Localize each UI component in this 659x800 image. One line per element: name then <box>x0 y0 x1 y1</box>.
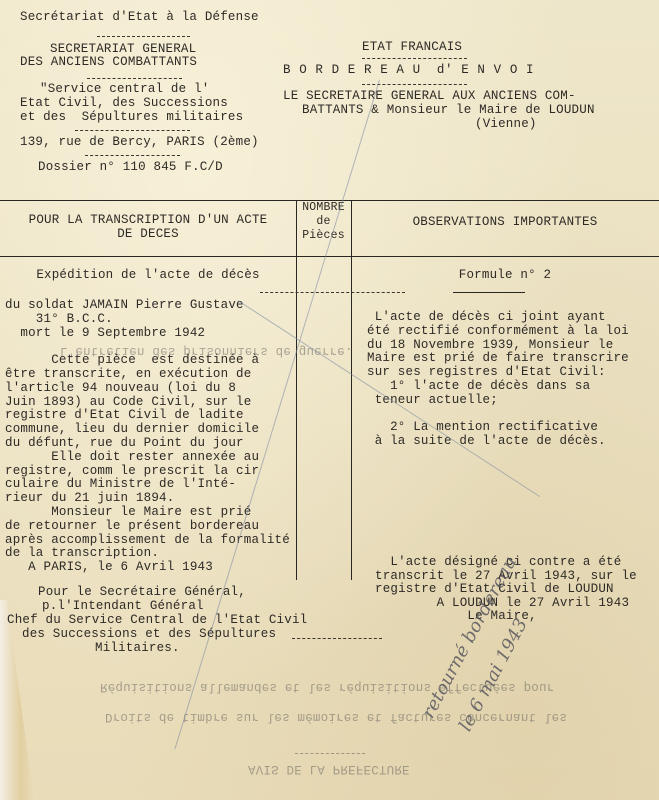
separator <box>362 58 467 59</box>
dossier-number: Dossier n° 110 845 F.C/D <box>38 160 223 174</box>
column-divider-1 <box>296 200 297 580</box>
separator <box>87 78 182 79</box>
separator <box>85 155 180 156</box>
observation-text-line: 1° l'acte de décès dans sa <box>367 379 590 393</box>
table-header-border <box>0 256 659 257</box>
document-title: B O R D E R E A U d' E N V O I <box>283 63 534 77</box>
transcription-text-line: être transcrite, en exécution de <box>5 367 251 381</box>
observation-text-line: à la suite de l'acte de décès. <box>367 434 606 448</box>
transcription-text-line: commune, lieu du dernier domicile <box>5 422 259 436</box>
transcription-text-line: après accomplissement de la formalité <box>5 533 290 547</box>
service-line3: et des Sépultures militaires <box>20 110 243 124</box>
transcription-text-line: Cette pièce est destinée à <box>5 353 259 367</box>
col2-header-line2: de <box>296 215 351 229</box>
bleed-through-line: Droits de timbre sur les mémoires et fac… <box>105 710 567 724</box>
signature-line3: Chef du Service Central de l'Etat Civil <box>7 613 307 627</box>
transcription-text-line: culaire du Ministre de l'Inté- <box>5 477 236 491</box>
service-line2: Etat Civil, des Successions <box>20 96 228 110</box>
separator <box>97 36 190 37</box>
col3-subheader: Formule n° 2 <box>351 268 659 282</box>
separator <box>295 753 365 754</box>
transcription-text-line: l'article 94 nouveau (loi du 8 <box>5 381 236 395</box>
address: 139, rue de Bercy, PARIS (2ème) <box>20 135 259 149</box>
separator <box>75 130 190 131</box>
signature-line2: p.l'Intendant Général <box>42 599 204 613</box>
transcription-text-line: du soldat JAMAIN Pierre Gustave <box>5 298 244 312</box>
secretariat-line1: SECRETARIAT GENERAL <box>50 42 196 56</box>
transcription-text-line: Juin 1893) au Code Civil, sur le <box>5 395 251 409</box>
transcription-text-line: mort le 9 Septembre 1942 <box>5 326 205 340</box>
transcription-text-line: Elle doit rester annexée au <box>5 450 259 464</box>
observation-text-line: 2° La mention rectificative <box>367 420 598 434</box>
transcription-text-line: 31° B.C.C. <box>5 312 113 326</box>
observation-text-line: L'acte de décès ci joint ayant <box>367 310 606 324</box>
secretariat-line2: DES ANCIENS COMBATTANTS <box>20 55 197 69</box>
recipient-line2: BATTANTS & Monsieur le Maire de LOUDUN <box>302 103 595 117</box>
transcription-text-line: A PARIS, le 6 Avril 1943 <box>5 560 213 574</box>
transcription-text-line: Monsieur le Maire est prié <box>5 505 251 519</box>
col2-header-line3: Pièces <box>296 229 351 243</box>
observation-text-line: teneur actuelle; <box>367 393 498 407</box>
recipient-line1: LE SECRETAIRE GENERAL AUX ANCIENS COM- <box>283 89 576 103</box>
transcription-text-line: de retourner le présent bordereau <box>5 519 259 533</box>
state-line: ETAT FRANCAIS <box>362 40 462 54</box>
col3-header: OBSERVATIONS IMPORTANTES <box>351 215 659 229</box>
observation-text-line: du 18 Novembre 1939, Monsieur le <box>367 338 613 352</box>
column-divider-2 <box>351 200 352 580</box>
separator <box>260 292 405 293</box>
signature-line1: Pour le Secrétaire Général, <box>38 585 246 599</box>
ministry-line: Secrétariat d'Etat à la Défense <box>20 10 259 24</box>
col1-subheader: Expédition de l'acte de décès <box>0 268 296 282</box>
observation-text-line: Maire est prié de faire transcrire <box>367 351 629 365</box>
observation-text-line: été rectifié conformément à la loi <box>367 324 629 338</box>
observation-text-line: sur ses registres d'Etat Civil: <box>367 365 606 379</box>
transcription-text-line: de la transcription. <box>5 546 159 560</box>
bleed-through-line: AVIS DE LA PREFECTURE <box>248 762 410 776</box>
col1-header-line1: POUR LA TRANSCRIPTION D'UN ACTE <box>0 213 296 227</box>
col2-header-line1: NOMBRE <box>296 201 351 215</box>
transcription-text-line: registre d'Etat Civil de ladite <box>5 408 244 422</box>
separator <box>292 638 382 639</box>
signature-line5: Militaires. <box>95 641 180 655</box>
transcription-text-line: du défunt, rue du Point du jour <box>5 436 244 450</box>
transcription-text-line: registre, comm le prescrit la cir <box>5 464 259 478</box>
recipient-line3: (Vienne) <box>475 117 537 131</box>
signature-line4: des Successions et des Sépultures <box>22 627 276 641</box>
service-line1: "Service central de l' <box>40 82 209 96</box>
transcription-text-line: rieur du 21 juin 1894. <box>5 491 174 505</box>
formula-underline <box>453 292 525 293</box>
col1-header-line2: DE DECES <box>0 227 296 241</box>
